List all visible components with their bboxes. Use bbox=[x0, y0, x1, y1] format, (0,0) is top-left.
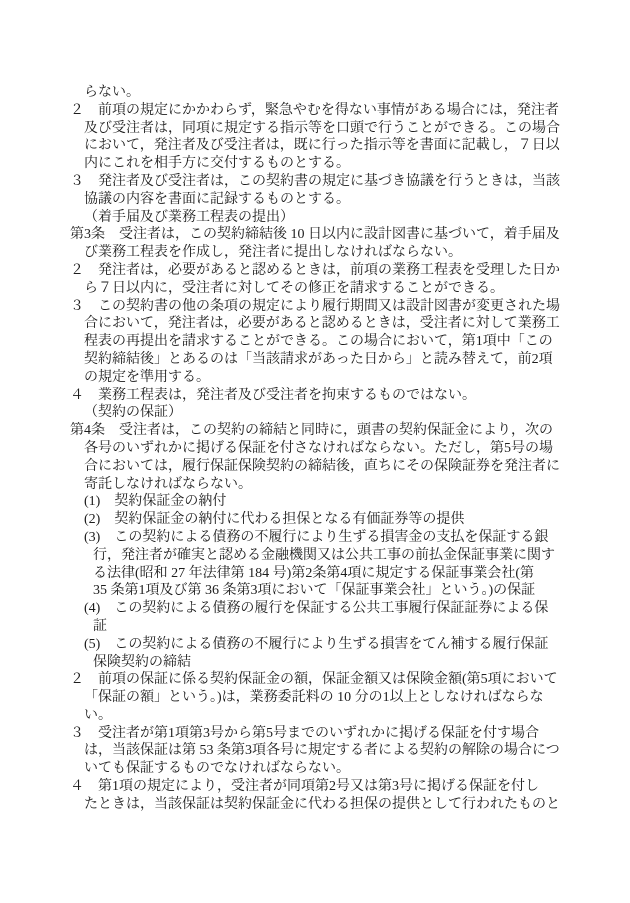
document-line: （契約の保証） bbox=[70, 404, 570, 422]
document-line: (1) 契約保証金の納付 bbox=[70, 493, 570, 511]
document-line: らない。 bbox=[70, 84, 570, 102]
document-line: ４ 業務工程表は，発注者及び受注者を拘束するものではない。 bbox=[70, 387, 570, 405]
document-line: (4) この契約による債務の履行を保証する公共工事履行保証証券による保 bbox=[70, 600, 570, 618]
document-line: 契約締結後」とあるのは「当該請求があった日から」と読み替えて，前2項 bbox=[70, 351, 570, 369]
document-line: 35 条第1項及び第 36 条第3項において「保証事業会社」という。)の保証 bbox=[70, 582, 570, 600]
document-line: ２ 前項の規定にかかわらず，緊急やむを得ない事情がある場合には，発注者 bbox=[70, 102, 570, 120]
document-line: 協議の内容を書面に記録するものとする。 bbox=[70, 191, 570, 209]
document-line: (5) この契約による債務の不履行により生ずる損害をてん補する履行保証 bbox=[70, 636, 570, 654]
document-page: らない。２ 前項の規定にかかわらず，緊急やむを得ない事情がある場合には，発注者及… bbox=[0, 0, 630, 903]
document-line: 程表の再提出を請求することができる。この場合において，第1項中「この bbox=[70, 333, 570, 351]
document-line: 証 bbox=[70, 618, 570, 636]
document-line: は，当該保証は第 53 条第3項各号に規定する者による契約の解除の場合につ bbox=[70, 742, 570, 760]
document-line: 第4条 受注者は，この契約の締結と同時に，頭書の契約保証金により，次の bbox=[70, 422, 570, 440]
document-line: ３ この契約書の他の条項の規定により履行期間又は設計図書が変更された場 bbox=[70, 298, 570, 316]
document-line: い。 bbox=[70, 707, 570, 725]
document-line: 「保証の額」という。)は，業務委託料の 10 分の1以上としなければならな bbox=[70, 689, 570, 707]
document-line: 合において，発注者は，必要があると認めるときは，受注者に対して業務工 bbox=[70, 315, 570, 333]
document-line: たときは，当該保証は契約保証金に代わる担保の提供として行われたものと bbox=[70, 796, 570, 814]
document-line: ３ 発注者及び受注者は，この契約書の規定に基づき協議を行うときは，当該 bbox=[70, 173, 570, 191]
document-line: 行，発注者が確実と認める金融機関又は公共工事の前払金保証事業に関す bbox=[70, 547, 570, 565]
document-line: 内にこれを相手方に交付するものとする。 bbox=[70, 155, 570, 173]
document-line: 保険契約の締結 bbox=[70, 654, 570, 672]
document-line: 及び受注者は，同項に規定する指示等を口頭で行うことができる。この場合 bbox=[70, 120, 570, 138]
document-line: いても保証するものでなければならない。 bbox=[70, 760, 570, 778]
document-body: らない。２ 前項の規定にかかわらず，緊急やむを得ない事情がある場合には，発注者及… bbox=[70, 84, 570, 814]
document-line: 寄託しなければならない。 bbox=[70, 476, 570, 494]
document-line: ら７日以内に，受注者に対してその修正を請求することができる。 bbox=[70, 280, 570, 298]
document-line: (2) 契約保証金の納付に代わる担保となる有価証券等の提供 bbox=[70, 511, 570, 529]
document-line: び業務工程表を作成し，発注者に提出しなければならない。 bbox=[70, 244, 570, 262]
document-line: ３ 受注者が第1項第3号から第5号までのいずれかに掲げる保証を付す場合 bbox=[70, 725, 570, 743]
document-line: 各号のいずれかに掲げる保証を付さなければならない。ただし，第5号の場 bbox=[70, 440, 570, 458]
document-line: 合においては，履行保証保険契約の締結後，直ちにその保険証券を発注者に bbox=[70, 458, 570, 476]
document-line: において，発注者及び受注者は，既に行った指示等を書面に記載し，７日以 bbox=[70, 137, 570, 155]
document-line: ４ 第1項の規定により，受注者が同項第2号又は第3号に掲げる保証を付し bbox=[70, 778, 570, 796]
document-line: の規定を準用する。 bbox=[70, 369, 570, 387]
document-line: （着手届及び業務工程表の提出） bbox=[70, 209, 570, 227]
document-line: ２ 発注者は，必要があると認めるときは，前項の業務工程表を受理した日か bbox=[70, 262, 570, 280]
document-line: ２ 前項の保証に係る契約保証金の額，保証金額又は保険金額(第5項において bbox=[70, 671, 570, 689]
document-line: (3) この契約による債務の不履行により生ずる損害金の支払を保証する銀 bbox=[70, 529, 570, 547]
document-line: る法律(昭和 27 年法律第 184 号)第2条第4項に規定する保証事業会社(第 bbox=[70, 565, 570, 583]
document-line: 第3条 受注者は，この契約締結後 10 日以内に設計図書に基づいて，着手届及 bbox=[70, 226, 570, 244]
